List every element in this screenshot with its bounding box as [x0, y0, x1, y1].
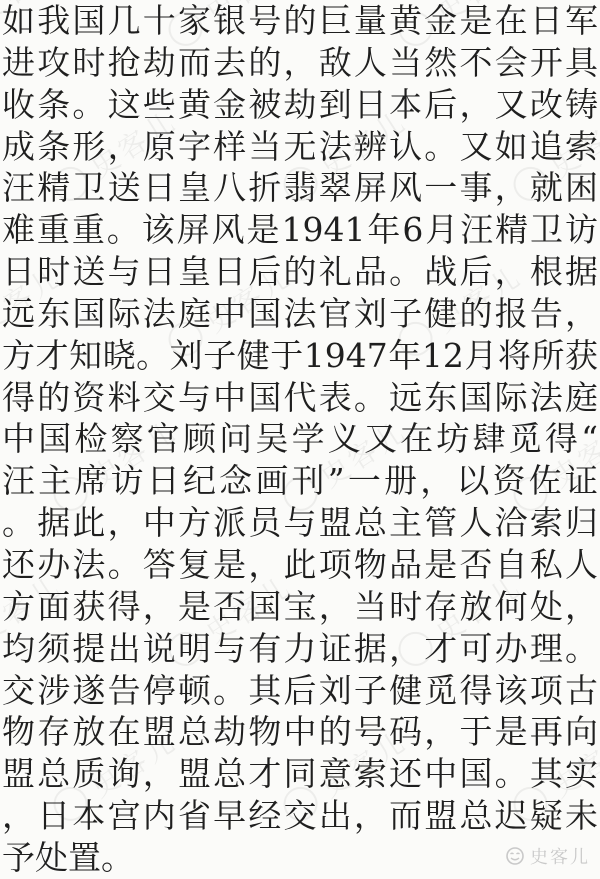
text-line: 汪主席访日纪念画刊”一册，以资佐证: [2, 460, 598, 502]
text-line: 进攻时抢劫而去的，敌人当然不会开具: [2, 42, 598, 84]
text-line: 如我国几十家银号的巨量黄金是在日军: [2, 0, 598, 42]
text-line: 远东国际法庭中国法官刘子健的报告，: [2, 293, 598, 335]
text-line: 。据此，中方派员与盟总主管人洽索归: [2, 502, 598, 544]
text-line: 汪精卫送日皇八折翡翠屏风一事，就困: [2, 167, 598, 209]
text-line: 均须提出说明与有力证据，才可办理。: [2, 628, 598, 670]
smiley-logo-icon: [505, 846, 525, 866]
article-text-block: 如我国几十家银号的巨量黄金是在日军 进攻时抢劫而去的，敌人当然不会开具 收条。这…: [0, 0, 600, 879]
text-line: 难重重。该屏风是1941年6月汪精卫访: [2, 209, 598, 251]
text-line: 日时送与日皇日后的礼品。战后，根据: [2, 251, 598, 293]
text-line: 成条形，原字样当无法辨认。又如追索: [2, 126, 598, 168]
text-line: 收条。这些黄金被劫到日本后，又改铸: [2, 84, 598, 126]
text-line: 物存放在盟总劫物中的号码，于是再向: [2, 711, 598, 753]
text-line: ，日本宫内省早经交出，而盟总迟疑未: [2, 795, 598, 837]
text-line: 方面获得，是否国宝，当时存放何处，: [2, 586, 598, 628]
text-line: 中国检察官顾问吴学义又在坊肆觅得“: [2, 418, 598, 460]
brand-watermark-label: 史客儿: [530, 843, 590, 869]
article-page: 史客儿史客儿史客儿史客儿史客儿史客儿史客儿史客儿史客儿史客儿史客儿史客儿史客儿史…: [0, 0, 600, 879]
text-line: 交涉遂告停顿。其后刘子健觅得该项古: [2, 670, 598, 712]
text-line: 盟总质询，盟总才同意索还中国。其实: [2, 753, 598, 795]
text-line: 还办法。答复是，此项物品是否自私人: [2, 544, 598, 586]
brand-watermark: 史客儿: [505, 843, 590, 869]
text-line: 方才知晓。刘子健于1947年12月将所获: [2, 335, 598, 377]
text-line: 得的资料交与中国代表。远东国际法庭: [2, 377, 598, 419]
